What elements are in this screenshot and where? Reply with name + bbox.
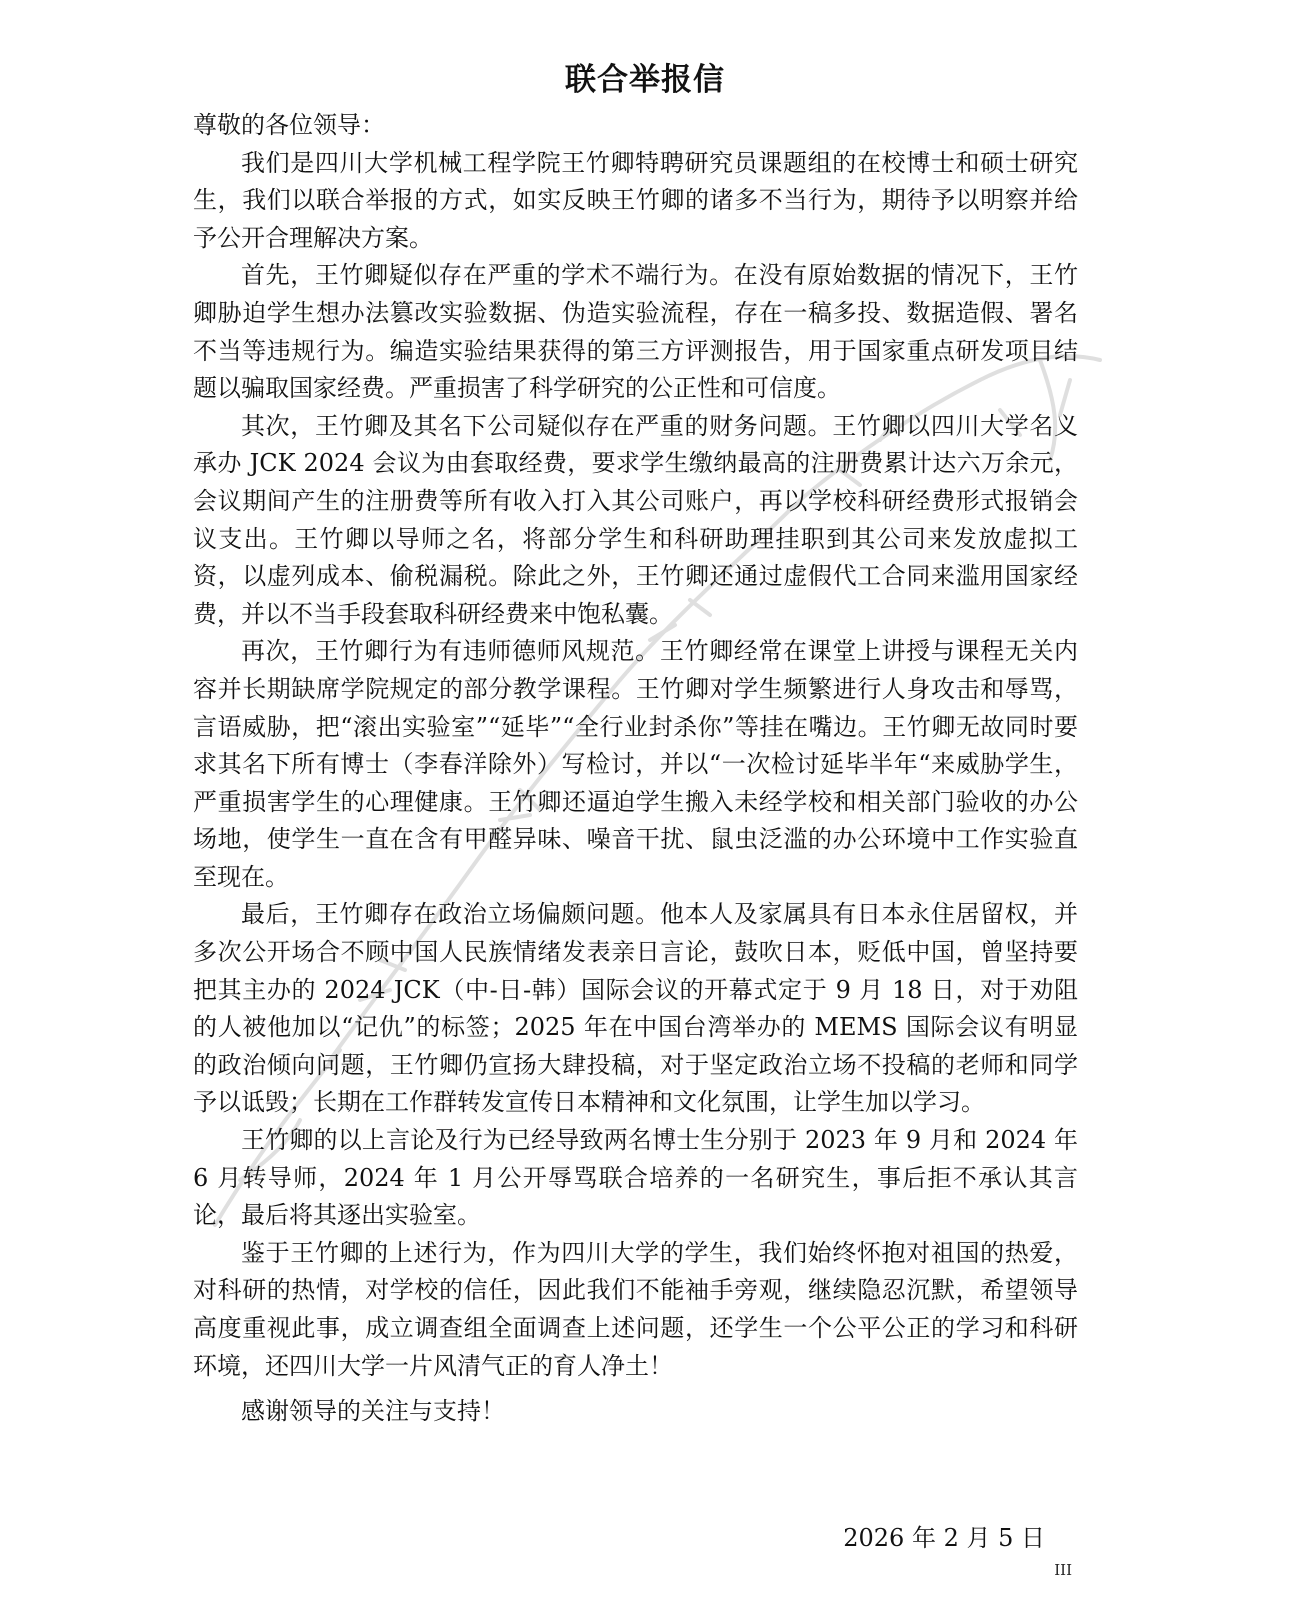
letter-date: 2026 年 2 月 5 日 xyxy=(843,1518,1045,1553)
document-page: 联合举报信 尊敬的各位领导： 我们是四川大学机械工程学院王竹卿特聘研究员课题组的… xyxy=(0,0,1290,1600)
paragraph-ethics-violations: 再次，王竹卿行为有违师德师风规范。王竹卿经常在课堂上讲授与课程无关内容并长期缺席… xyxy=(193,633,1078,896)
paragraph-intro: 我们是四川大学机械工程学院王竹卿特聘研究员课题组的在校博士和硕士研究生，我们以联… xyxy=(193,145,1078,258)
document-title: 联合举报信 xyxy=(0,54,1290,99)
salutation: 尊敬的各位领导： xyxy=(193,107,1078,145)
paragraph-consequences: 王竹卿的以上言论及行为已经导致两名博士生分别于 2023 年 9 月和 2024… xyxy=(193,1122,1078,1235)
paragraph-thanks: 感谢领导的关注与支持！ xyxy=(193,1393,1078,1431)
paragraph-financial-issues: 其次，王竹卿及其名下公司疑似存在严重的财务问题。王竹卿以四川大学名义承办 JCK… xyxy=(193,408,1078,634)
paragraph-political-stance: 最后，王竹卿存在政治立场偏颇问题。他本人及家属具有日本永住居留权，并多次公开场合… xyxy=(193,896,1078,1122)
paragraph-academic-misconduct: 首先，王竹卿疑似存在严重的学术不端行为。在没有原始数据的情况下，王竹卿胁迫学生想… xyxy=(193,257,1078,407)
paragraph-appeal: 鉴于王竹卿的上述行为，作为四川大学的学生，我们始终怀抱对祖国的热爱，对科研的热情… xyxy=(193,1235,1078,1385)
letter-body: 尊敬的各位领导： 我们是四川大学机械工程学院王竹卿特聘研究员课题组的在校博士和硕… xyxy=(193,107,1078,1431)
page-number: III xyxy=(1054,1561,1072,1579)
